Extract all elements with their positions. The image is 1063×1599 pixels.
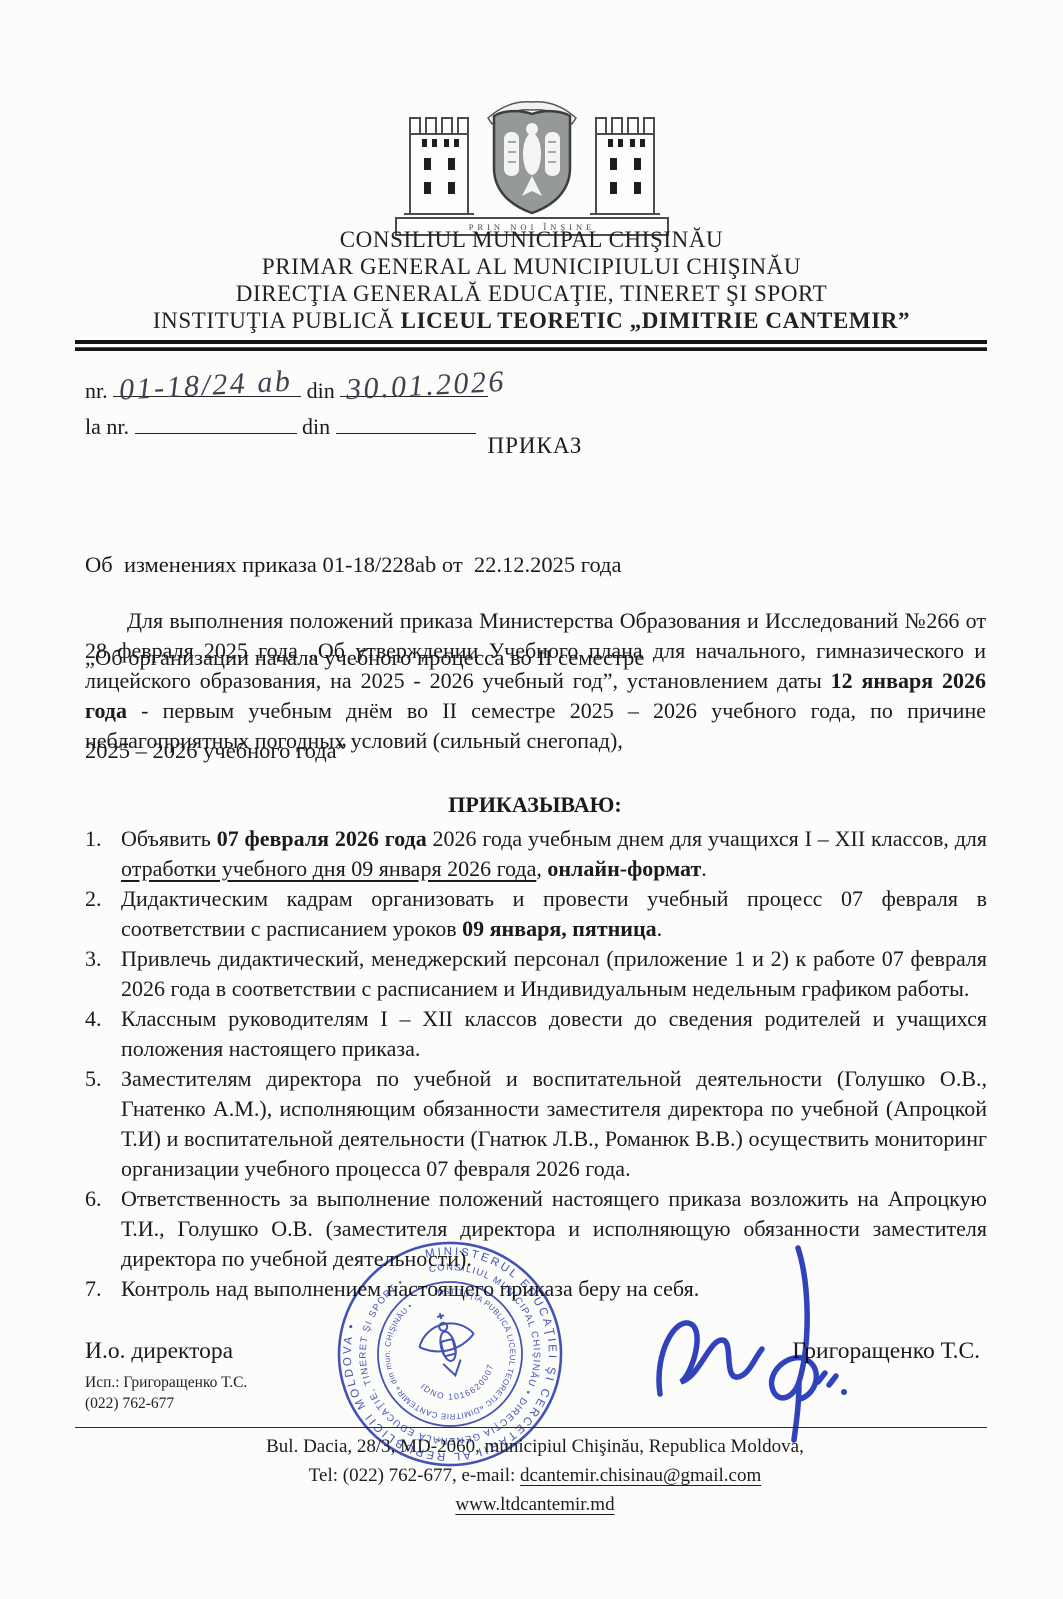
- executor-name: Исп.: Григоращенко Т.С.: [85, 1372, 247, 1393]
- castle-emblem-graphic: PRIN NOI ÎNŞINE: [382, 92, 682, 240]
- footer-contact: Tel: (022) 762-677, e-mail: dcantemir.ch…: [85, 1461, 985, 1490]
- nr-value-line: 01-18/24 ab: [113, 372, 301, 397]
- document-page: PRIN NOI ÎNŞINE CONSILIUL MUNICIPAL CHIŞ…: [0, 0, 1063, 1599]
- din2-empty-line: [336, 409, 476, 434]
- order-item-text: Дидактическим кадрам организовать и пров…: [121, 884, 987, 944]
- order-item-number: 3.: [85, 944, 121, 974]
- header-line-direction: DIRECŢIA GENERALĂ EDUCAŢIE, TINERET ŞI S…: [0, 280, 1063, 307]
- order-item-number: 1.: [85, 824, 121, 854]
- order-item: 2.Дидактическим кадрам организовать и пр…: [85, 884, 987, 944]
- din-label: din: [307, 378, 335, 404]
- header-line-institution: INSTITUŢIA PUBLICĂ LICEUL TEORETIC „DIMI…: [0, 307, 1063, 334]
- footer-divider: [75, 1427, 987, 1428]
- signer-role: И.о. директора: [85, 1338, 233, 1365]
- executor-phone: (022) 762-677: [85, 1393, 247, 1414]
- order-item-number: 5.: [85, 1064, 121, 1094]
- city-emblem: PRIN NOI ÎNŞINE: [382, 92, 682, 245]
- order-item-text: Классным руководителям I – XII классов д…: [121, 1004, 987, 1064]
- order-item: 3.Привлечь дидактический, менеджерский п…: [85, 944, 987, 1004]
- order-item: 4.Классным руководителям I – XII классов…: [85, 1004, 987, 1064]
- letterhead: CONSILIUL MUNICIPAL CHIŞINĂU PRIMAR GENE…: [0, 226, 1063, 334]
- date-value-line: 30.01.2026: [340, 372, 488, 397]
- order-title: ПРИКАЗ: [85, 433, 985, 459]
- order-item-text: Заместителям директора по учебной и восп…: [121, 1064, 987, 1184]
- header-line-council: CONSILIUL MUNICIPAL CHIŞINĂU: [0, 226, 1063, 253]
- order-item-number: 7.: [85, 1274, 121, 1304]
- order-item-text: Объявить 07 февраля 2026 года 2026 года …: [121, 824, 987, 884]
- handwritten-signature: [648, 1232, 878, 1447]
- header-divider: [75, 340, 987, 351]
- footer-email: dcantemir.chisinau@gmail.com: [520, 1465, 761, 1486]
- order-item: 5.Заместителям директора по учебной и во…: [85, 1064, 987, 1184]
- nr-row: nr. 01-18/24 ab din 30.01.2026: [85, 372, 985, 409]
- preamble-paragraph: Для выполнения положений приказа Министе…: [85, 606, 986, 756]
- executor-block: Исп.: Григоращенко Т.С. (022) 762-677: [85, 1372, 247, 1414]
- header-line-mayor: PRIMAR GENERAL AL MUNICIPIULUI CHIŞINĂU: [0, 253, 1063, 280]
- subject-line: Об изменениях приказа 01-18/228ab от 22.…: [85, 549, 745, 580]
- order-item-text: Привлечь дидактический, менеджерский пер…: [121, 944, 987, 1004]
- stamp-eagle: [413, 1306, 483, 1382]
- shield-eagle: [494, 111, 570, 213]
- order-item: 1.Объявить 07 февраля 2026 года 2026 год…: [85, 824, 987, 884]
- order-item-number: 6.: [85, 1184, 121, 1214]
- la-nr-empty-line: [135, 409, 297, 434]
- footer: Bul. Dacia, 28/3, MD-2060, municipiul Ch…: [85, 1432, 985, 1519]
- handwritten-order-date: 30.01.2026: [345, 365, 507, 407]
- nr-label: nr.: [85, 378, 108, 404]
- footer-address: Bul. Dacia, 28/3, MD-2060, municipiul Ch…: [85, 1432, 985, 1461]
- footer-website: www.ltdcantemir.md: [85, 1490, 985, 1519]
- command-heading: ПРИКАЗЫВАЮ:: [85, 792, 985, 818]
- order-item-number: 2.: [85, 884, 121, 914]
- handwritten-order-number: 01-18/24 ab: [118, 364, 293, 407]
- order-item-number: 4.: [85, 1004, 121, 1034]
